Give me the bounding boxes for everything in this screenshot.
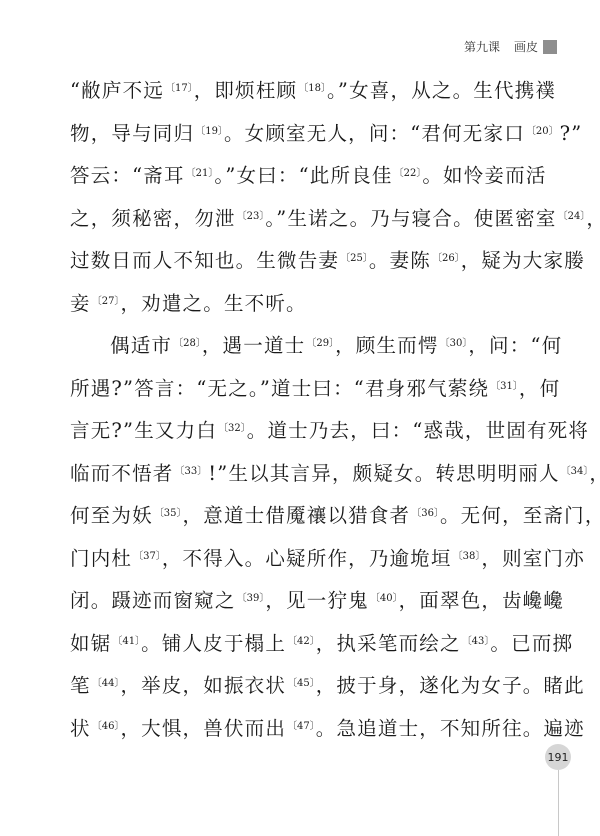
text-segment: 所遇?”答言：“无之。”道士曰：“君身邪气萦绕 [70,377,489,400]
text-segment: 如锯 [70,632,111,655]
footnote-marker: 〔19〕 [195,126,223,137]
footnote-marker: 〔43〕 [462,636,490,647]
text-line: 闭。蹑迹而窗窥之〔39〕，见一狞鬼〔40〕，面翠色，齿巉巉 [70,578,532,621]
text-line: 如锯〔41〕。铺人皮于榻上〔42〕，执采笔而绘之〔43〕。已而掷 [70,621,532,664]
text-segment: 。铺人皮于榻上 [141,632,286,655]
text-segment: 。妻陈 [369,249,431,272]
text-line: 言无?”生又力白〔32〕。道士乃去，曰：“惑哉，世固有死将 [70,408,532,451]
footnote-marker: 〔37〕 [133,551,161,562]
text-segment: 过数日而人不知也。生微告妻 [70,249,339,272]
text-line: “敝庐不远〔17〕，即烦枉顾〔18〕。”女喜，从之。生代携襆 [70,68,532,111]
text-line: 过数日而人不知也。生微告妻〔25〕。妻陈〔26〕，疑为大家媵 [70,238,532,281]
text-segment: ，何 [519,377,560,400]
footnote-marker: 〔47〕 [287,721,315,732]
footnote-marker: 〔33〕 [175,466,208,477]
lesson-label: 第九课 [464,38,500,55]
footnote-marker: 〔25〕 [340,253,368,264]
lesson-title: 画皮 [514,38,538,55]
text-segment: !”生以其言异，颇疑女。转思明明丽人 [208,462,559,485]
text-segment: 妾 [70,292,91,315]
text-segment: ，见一狞鬼 [265,589,369,612]
text-segment: ，即烦枉顾 [194,79,298,102]
footnote-marker: 〔41〕 [112,636,140,647]
footnote-marker: 〔44〕 [92,678,120,689]
text-line: 何至为妖〔35〕，意道士借魇禳以猎食者〔36〕。无何，至斋门， [70,493,532,536]
text-segment: ，意道士借魇禳以猎食者 [183,504,411,527]
footnote-marker: 〔30〕 [440,338,468,349]
text-line: 门内杜〔37〕，不得入。心疑所作，乃逾垝垣〔38〕，则室门亦 [70,536,532,579]
text-segment: 闭。蹑迹而窗窥之 [70,589,236,612]
text-segment: 何至为妖 [70,504,153,527]
text-segment: ，执采笔而绘之 [316,632,461,655]
text-line: 所遇?”答言：“无之。”道士曰：“君身邪气萦绕〔31〕，何 [70,366,532,409]
text-segment: 。如怜妾而活 [422,164,546,187]
text-segment: 笔 [70,674,91,697]
text-segment: ，疑为大家媵 [461,249,585,272]
text-segment: 门内杜 [70,547,132,570]
running-header: 第九课 画皮 [464,38,550,55]
text-line: 临而不悟者〔33〕!”生以其言异，颇疑女。转思明明丽人〔34〕， [70,451,532,494]
text-segment: 状 [70,717,91,740]
page-number-rule [558,770,559,836]
text-segment: 临而不悟者 [70,462,174,485]
footnote-marker: 〔38〕 [453,551,481,562]
text-segment: ，大惧，兽伏而出 [120,717,286,740]
footnote-marker: 〔28〕 [173,338,201,349]
text-line: 妾〔27〕，劝遣之。生不听。 [70,281,532,324]
header-marker-block [543,40,557,54]
text-segment: ， [589,462,600,485]
footnote-marker: 〔29〕 [306,338,334,349]
text-line: 答云：“斋耳〔21〕。”女曰：“此所良佳〔22〕。如怜妾而活 [70,153,532,196]
text-segment: ， [586,207,600,230]
text-segment: ，举皮，如振衣状 [120,674,286,697]
text-segment: 。女顾室无人，问：“君何无家口 [224,122,525,145]
text-segment: 。”女喜，从之。生代携襆 [327,79,556,102]
footnote-marker: 〔35〕 [154,508,182,519]
footnote-marker: 〔40〕 [370,593,398,604]
text-segment: ，劝遣之。生不听。 [120,292,306,315]
footnote-marker: 〔32〕 [218,423,246,434]
text-line: 状〔46〕，大惧，兽伏而出〔47〕。急追道士，不知所往。遍迹 [70,706,532,749]
footnote-marker: 〔24〕 [558,211,586,222]
text-segment: ，不得入。心疑所作，乃逾垝垣 [162,547,452,570]
footnote-marker: 〔17〕 [165,83,193,94]
text-segment: “敝庐不远 [70,79,164,102]
text-segment: ，遇一道士 [202,334,306,357]
footnote-marker: 〔31〕 [490,381,518,392]
footnote-marker: 〔46〕 [92,721,120,732]
footnote-marker: 〔18〕 [298,83,326,94]
footnote-marker: 〔42〕 [287,636,315,647]
text-segment: 偶适市 [110,334,172,357]
text-segment: 言无?”生又力白 [70,419,217,442]
footnote-marker: 〔39〕 [237,593,265,604]
text-segment: ，则室门亦 [481,547,585,570]
text-segment: ，披于身，遂化为女子。睹此 [316,674,585,697]
footnote-marker: 〔36〕 [411,508,439,519]
text-segment: ，顾生而愕 [335,334,439,357]
text-segment: 答云：“斋耳 [70,164,185,187]
text-segment: 。”女曰：“此所良佳 [214,164,392,187]
footnote-marker: 〔34〕 [561,466,589,477]
text-segment: 。道士乃去，曰：“惑哉，世固有死将 [247,419,589,442]
text-line: 笔〔44〕，举皮，如振衣状〔45〕，披于身，遂化为女子。睹此 [70,663,532,706]
footnote-marker: 〔27〕 [92,296,120,307]
text-segment: 。无何，至斋门， [440,504,600,527]
footnote-marker: 〔22〕 [394,168,422,179]
text-segment: ?” [560,122,583,145]
text-segment: 物，导与同归 [70,122,194,145]
text-segment: ，面翠色，齿巉巉 [399,589,565,612]
footnote-marker: 〔45〕 [287,678,315,689]
body-text: “敝庐不远〔17〕，即烦枉顾〔18〕。”女喜，从之。生代携襆物，导与同归〔19〕… [70,68,532,748]
text-segment: 之，须秘密，勿泄 [70,207,236,230]
text-segment: 。已而掷 [490,632,573,655]
page-number: 191 [545,744,571,770]
footnote-marker: 〔20〕 [526,126,559,137]
text-line: 偶适市〔28〕，遇一道士〔29〕，顾生而愕〔30〕，问：“何 [70,323,532,366]
text-segment: ，问：“何 [468,334,562,357]
text-line: 之，须秘密，勿泄〔23〕。”生诺之。乃与寝合。使匿密室〔24〕， [70,196,532,239]
footnote-marker: 〔26〕 [432,253,460,264]
text-line: 物，导与同归〔19〕。女顾室无人，问：“君何无家口〔20〕?” [70,111,532,154]
text-segment: 。”生诺之。乃与寝合。使匿密室 [265,207,556,230]
footnote-marker: 〔21〕 [186,168,214,179]
footnote-marker: 〔23〕 [237,211,265,222]
text-segment: 。急追道士，不知所往。遍迹 [316,717,585,740]
